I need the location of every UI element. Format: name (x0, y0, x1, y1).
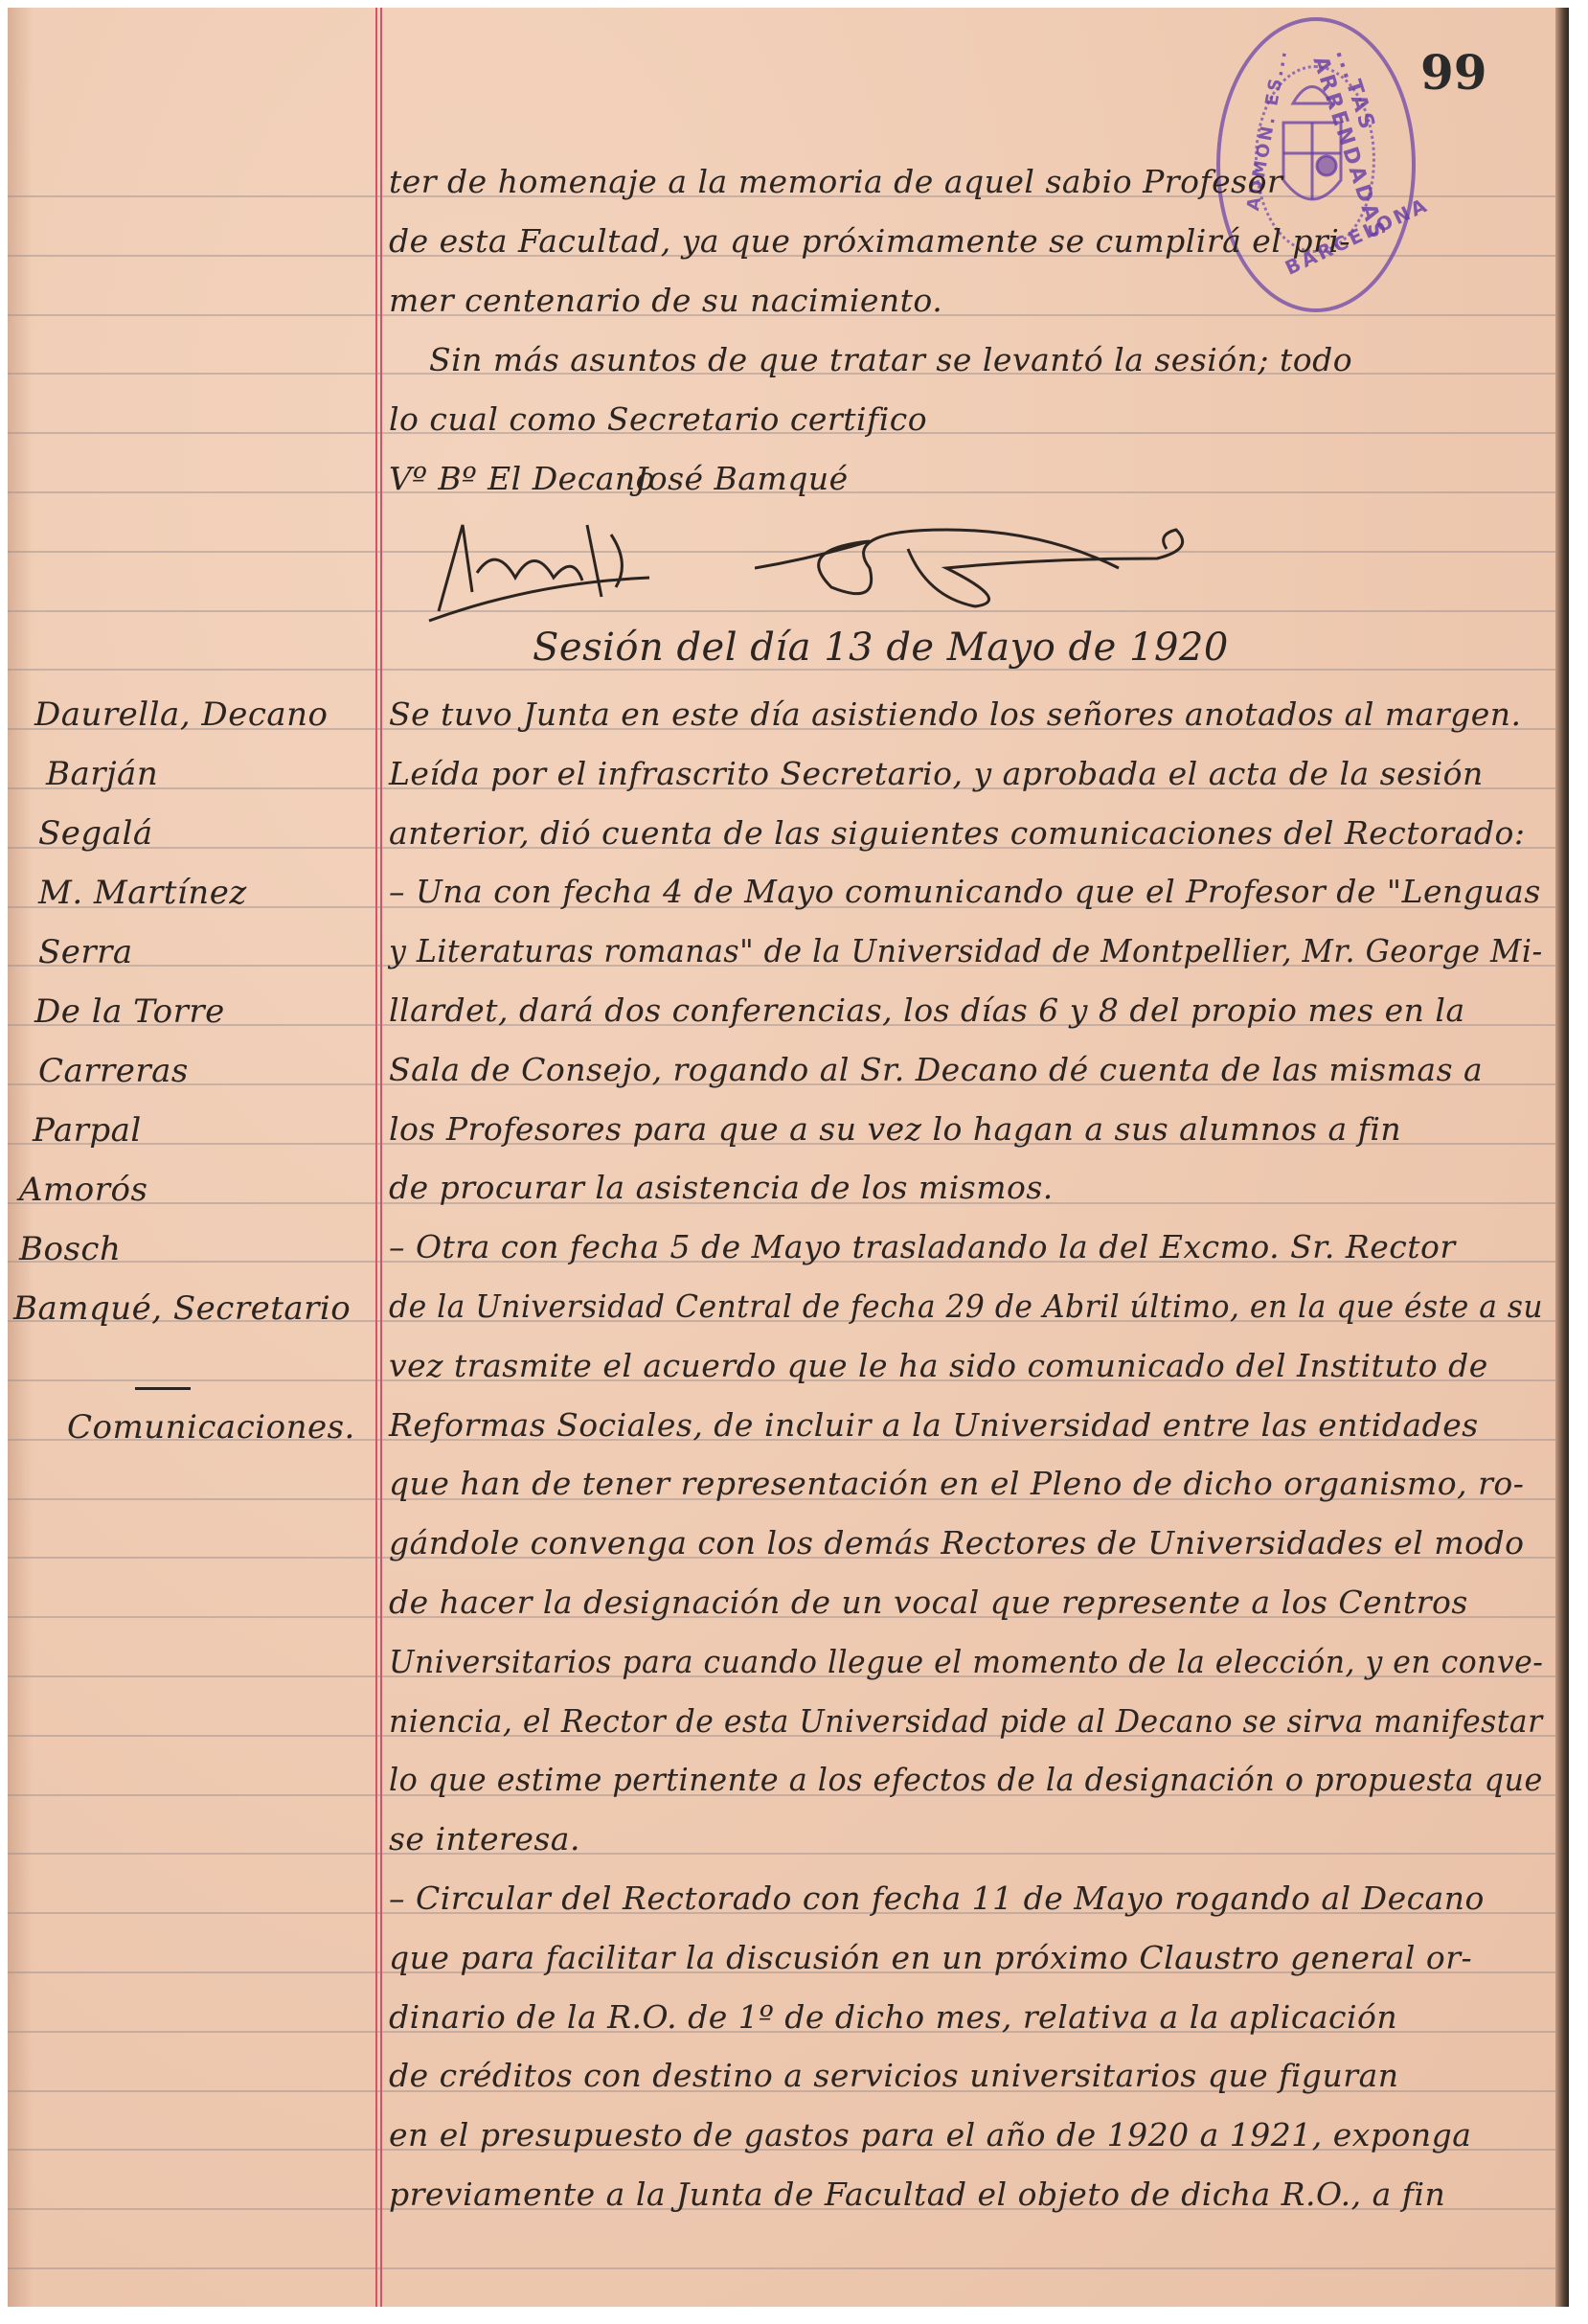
text-line: anterior, dió cuenta de las siguientes c… (389, 814, 1525, 853)
attendee: De la Torre (34, 992, 225, 1031)
attendee: Bamqué, Secretario (13, 1289, 351, 1328)
margin-line (375, 8, 377, 2307)
text-line: llardet, dará dos conferencias, los días… (389, 991, 1465, 1030)
text-line: de procurar la asistencia de los mismos. (389, 1169, 1054, 1207)
session-title: Sesión del día 13 de Mayo de 1920 (533, 626, 1229, 670)
text-line: – Una con fecha 4 de Mayo comunicando qu… (389, 873, 1541, 911)
attendee: Serra (38, 933, 133, 971)
text-line: de esta Facultad, ya que próximamente se… (389, 222, 1350, 261)
attendee: Segalá (38, 814, 153, 853)
attendee: Carreras (38, 1052, 189, 1090)
text-line: mer centenario de su nacimiento. (389, 282, 942, 320)
attendee: M. Martínez (38, 874, 247, 912)
binding-shadow (8, 8, 33, 2307)
secretary-signature-icon (755, 491, 1272, 616)
text-line: niencia, el Rector de esta Universidad p… (389, 1702, 1543, 1741)
attendee: Parpal (33, 1111, 142, 1150)
text-line: los Profesores para que a su vez lo haga… (389, 1110, 1401, 1149)
margin-separator (135, 1387, 191, 1390)
text-line: se interesa. (389, 1820, 580, 1858)
text-line: Se tuvo Junta en este día asistiendo los… (389, 695, 1522, 734)
text-line: de la Universidad Central de fecha 29 de… (389, 1287, 1543, 1326)
text-line: lo que estime pertinente a los efectos d… (389, 1761, 1543, 1799)
ledger-page: 99 ...TAS ARRENDADAS ADMON. ES... BARCEL… (8, 8, 1569, 2307)
text-line: Leída por el infrascrito Secretario, y a… (389, 755, 1484, 793)
text-line: que han de tener representación en el Pl… (389, 1465, 1524, 1503)
text-line: Sala de Consejo, rogando al Sr. Decano d… (389, 1051, 1483, 1089)
text-line: dinario de la R.O. de 1º de dicho mes, r… (389, 1998, 1397, 2037)
text-line: ter de homenaje a la memoria de aquel sa… (389, 163, 1282, 201)
attendee: Bosch (19, 1230, 121, 1268)
attendee: Daurella, Decano (34, 695, 329, 734)
attendee: Barján (46, 755, 158, 793)
text-line: – Otra con fecha 5 de Mayo trasladando l… (389, 1228, 1456, 1266)
text-line: gándole convenga con los demás Rectores … (389, 1524, 1524, 1562)
text-line: previamente a la Junta de Facultad el ob… (389, 2176, 1445, 2214)
approval-label: Vº Bº El Decano (389, 460, 655, 498)
ruled-line (8, 1853, 1555, 1855)
margin-line (380, 8, 382, 2307)
text-line: de hacer la designación de un vocal que … (389, 1584, 1468, 1622)
text-line: que para facilitar la discusión en un pr… (389, 1939, 1472, 1977)
ruled-line (8, 2267, 1555, 2269)
attendee: Amorós (19, 1171, 147, 1209)
page-number: 99 (1420, 44, 1487, 101)
text-line: de créditos con destino a servicios univ… (389, 2057, 1399, 2095)
text-line: Sin más asuntos de que tratar se levantó… (429, 341, 1352, 379)
text-line: – Circular del Rectorado con fecha 11 de… (389, 1880, 1485, 1918)
margin-section-label: Comunicaciones. (67, 1408, 355, 1447)
text-line: Reformas Sociales, de incluir a la Unive… (389, 1406, 1479, 1445)
text-line: en el presupuesto de gastos para el año … (389, 2116, 1471, 2154)
text-line: Universitarios para cuando llegue el mom… (389, 1643, 1543, 1681)
page-edge (1555, 8, 1569, 2307)
text-line: y Literaturas romanas" de la Universidad… (389, 932, 1543, 970)
text-line: lo cual como Secretario certifico (389, 400, 927, 439)
text-line: vez trasmite el acuerdo que le ha sido c… (389, 1347, 1488, 1385)
